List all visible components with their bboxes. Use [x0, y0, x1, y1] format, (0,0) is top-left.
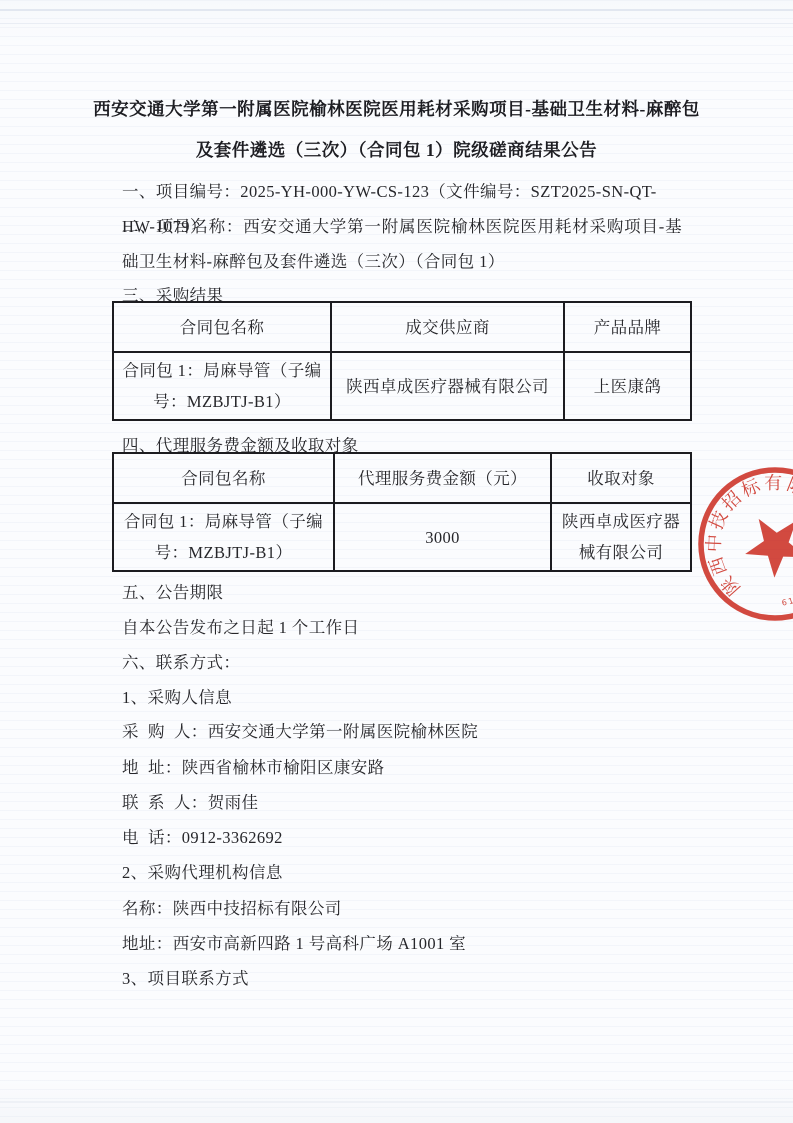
agency-info-heading: 2、采购代理机构信息	[122, 855, 682, 890]
purchaser-address-line: 地 址：陕西省榆林市榆阳区康安路	[122, 750, 682, 785]
column-header-package-name: 合同包名称	[113, 453, 334, 503]
project-name-paragraph: 二、项目名称：西安交通大学第一附属医院榆林医院医用耗材采购项目-基础卫生材料-麻…	[122, 209, 682, 279]
scan-artifact-line	[0, 9, 793, 11]
notice-period-body: 自本公告发布之日起 1 个工作日	[122, 610, 682, 645]
purchaser-info-heading: 1、采购人信息	[122, 680, 682, 715]
scan-artifact-line	[0, 23, 793, 24]
column-header-product-brand: 产品品牌	[564, 302, 691, 352]
cell-winning-supplier: 陕西卓成医疗器械有限公司	[331, 352, 564, 420]
contact-person-line: 联 系 人：贺雨佳	[122, 785, 682, 820]
column-header-package-name: 合同包名称	[113, 302, 331, 352]
purchaser-name-line: 采 购 人：西安交通大学第一附属医院榆林医院	[122, 714, 682, 749]
table-header-row: 合同包名称 代理服务费金额（元） 收取对象	[113, 453, 691, 503]
page-title-line2: 及套件遴选（三次）（合同包 1）院级磋商结果公告	[60, 137, 733, 162]
contact-section-heading: 六、联系方式：	[122, 645, 682, 680]
scanned-announcement-page: 西安交通大学第一附属医院榆林医院医用耗材采购项目-基础卫生材料-麻醉包 及套件遴…	[0, 0, 793, 1123]
notice-period-heading: 五、公告期限	[122, 575, 682, 610]
table-header-row: 合同包名称 成交供应商 产品品牌	[113, 302, 691, 352]
scan-artifact-line	[0, 1101, 793, 1103]
project-contact-heading: 3、项目联系方式	[122, 961, 682, 996]
svg-text:61019001: 61019001	[778, 570, 793, 613]
phone-line: 电 话：0912-3362692	[122, 820, 682, 855]
column-header-agency-fee-amount: 代理服务费金额（元）	[334, 453, 551, 503]
cell-package-name: 合同包 1：局麻导管（子编号：MZBJTJ-B1）	[113, 503, 334, 571]
table-row: 合同包 1：局麻导管（子编号：MZBJTJ-B1） 陕西卓成医疗器械有限公司 上…	[113, 352, 691, 420]
company-seal: 陕西中技招标有限公司 61019001	[655, 424, 793, 664]
cell-package-name: 合同包 1：局麻导管（子编号：MZBJTJ-B1）	[113, 352, 331, 420]
agency-fee-table: 合同包名称 代理服务费金额（元） 收取对象 合同包 1：局麻导管（子编号：MZB…	[112, 452, 692, 572]
agency-name-line: 名称：陕西中技招标有限公司	[122, 891, 682, 926]
table-row: 合同包 1：局麻导管（子编号：MZBJTJ-B1） 3000 陕西卓成医疗器械有…	[113, 503, 691, 571]
seal-serial-number: 61019001	[778, 570, 793, 613]
cell-product-brand: 上医康鸽	[564, 352, 691, 420]
cell-agency-fee-amount: 3000	[334, 503, 551, 571]
procurement-result-table: 合同包名称 成交供应商 产品品牌 合同包 1：局麻导管（子编号：MZBJTJ-B…	[112, 301, 692, 421]
star-icon	[733, 502, 793, 584]
agency-address-line: 地址：西安市高新四路 1 号高科广场 A1001 室	[122, 926, 682, 961]
page-title-line1: 西安交通大学第一附属医院榆林医院医用耗材采购项目-基础卫生材料-麻醉包	[60, 96, 733, 121]
column-header-winning-supplier: 成交供应商	[331, 302, 564, 352]
